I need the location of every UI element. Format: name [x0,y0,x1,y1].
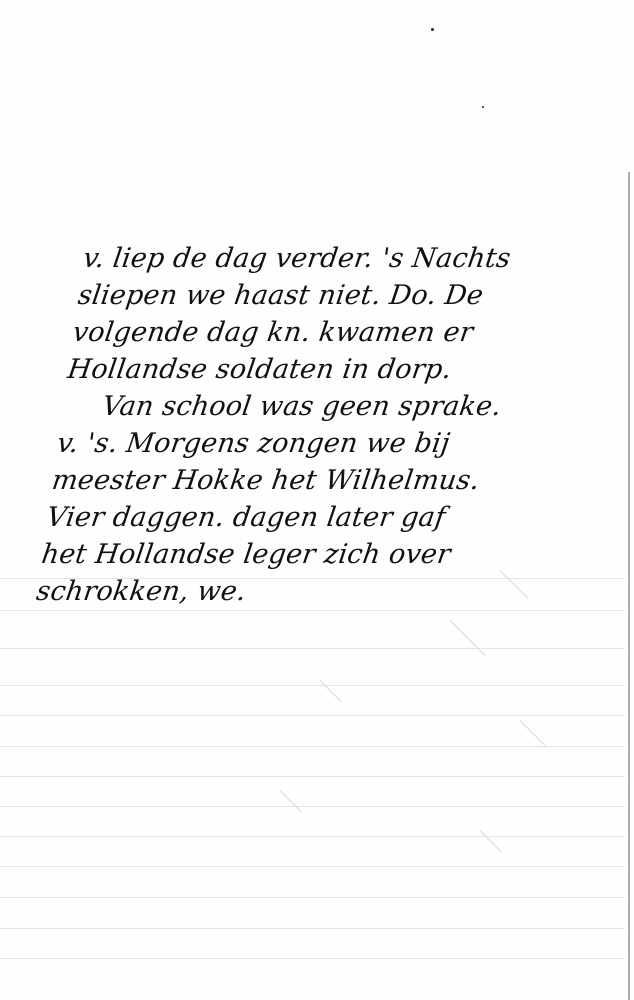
text-line: meester Hokke het Wilhelmus. [50,462,625,499]
ruled-line [0,836,625,837]
handwritten-text: v. liep de dag verder. 's Nachts sliepen… [34,240,634,610]
ruled-line [0,648,625,649]
text-line: schrokken, we. [34,573,609,610]
text-line: het Hollandse leger zich over [39,536,614,573]
text-line: volgende dag kn. kwamen er [70,314,634,351]
text-line: Vier daggen. dagen later gaf [44,499,619,536]
bleed-through-stroke [480,830,502,852]
ruled-line [0,866,625,867]
text-line: v. liep de dag verder. 's Nachts [81,240,634,277]
ruled-line [0,746,625,747]
ruled-line [0,715,625,716]
bleed-through-stroke [450,620,486,656]
ink-speck [431,28,434,31]
ruled-line [0,958,625,959]
bleed-through-stroke [320,680,342,702]
ruled-line [0,897,625,898]
ink-speck [482,106,484,108]
ruled-line [0,610,625,611]
document-page: v. liep de dag verder. 's Nachts sliepen… [0,0,634,1000]
bleed-through-stroke [520,720,545,745]
ruled-line [0,806,625,807]
text-line: sliepen we haast niet. Do. De [76,277,634,314]
text-line: v. 's. Morgens zongen we bij [55,425,630,462]
bleed-through-stroke [280,790,302,812]
text-line: Van school was geen sprake. [60,388,634,425]
ruled-line [0,685,625,686]
ruled-line [0,776,625,777]
text-line: Hollandse soldaten in dorp. [65,351,634,388]
ruled-line [0,928,625,929]
